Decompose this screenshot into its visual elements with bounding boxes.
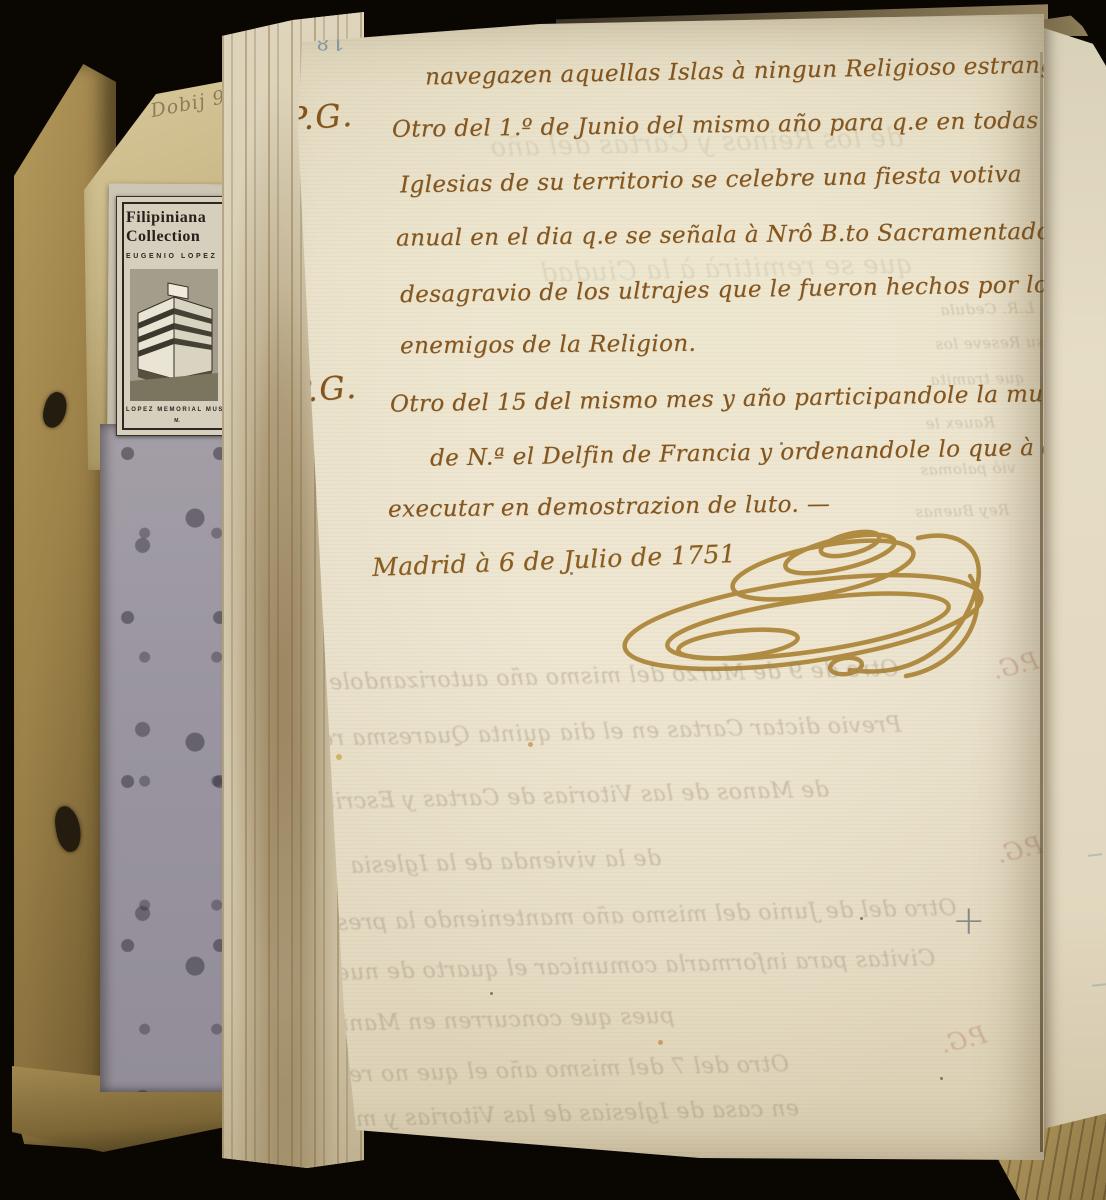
manuscript-line: anual en el dia q.e se señala à Nrô B.to… (396, 218, 1088, 251)
bleedthrough-line: de la vivienda de la Iglesia (350, 846, 662, 879)
bleedthrough-line: Otro del de Junio del mismo año mantenie… (285, 896, 957, 937)
museum-building-illustration (130, 269, 218, 401)
bookplate: Filipiniana Collection EUGENIO LOPEZ LOP… (116, 196, 238, 436)
bleedthrough-fragment: su Reseve los (935, 333, 1044, 354)
manuscript-line: Otro del 15 del mismo mes y año particip… (390, 380, 1093, 417)
next-page-edge (1044, 18, 1106, 1152)
bleedthrough-line: en casa de Iglesias de las Vitorias y ma… (330, 1096, 799, 1132)
bookplate-title-2: Collection (126, 228, 200, 246)
foxing-speck (570, 572, 573, 575)
bleedthrough-line: Otro del 7 del mismo año el que no recib… (300, 1052, 789, 1089)
bleedthrough-dash (1092, 983, 1106, 986)
bleedthrough-margin-mark: P.G. (937, 1021, 989, 1060)
manuscript-line: Otro del 1.º de Junio del mismo año para… (392, 107, 1081, 143)
foxing-speck (940, 1077, 943, 1080)
bleedthrough-line: Civitas para informarla comunicar el qua… (290, 946, 936, 987)
marbled-pastedown (100, 424, 238, 1092)
ink-stain (658, 1040, 663, 1045)
bookplate-sub-label: M. (174, 418, 180, 424)
photograph-of-manuscript-book: Dobij 9v Filipiniana Collection EUGENIO … (0, 0, 1106, 1200)
manuscript-line: navegazen aquellas Islas à ningun Religi… (425, 52, 1095, 91)
ink-stain (528, 742, 533, 747)
bookplate-owner: EUGENIO LOPEZ (126, 253, 217, 260)
manuscript-page: 18 de los Reinos y Cartas del año que se… (240, 12, 1044, 1168)
bleedthrough-fragment: L.R. Cedula (940, 299, 1035, 319)
foxing-speck (780, 442, 783, 445)
bookplate-title-1: Filipiniana (126, 209, 206, 227)
bleedthrough-line: pues que concurren en Manila (320, 1004, 675, 1038)
bleedthrough-margin-mark: P.G. (993, 831, 1045, 870)
manuscript-line: enemigos de la Religion. (400, 331, 696, 360)
bleedthrough-line: de Manos de las Vitorias de Cartas y Esc… (300, 778, 829, 816)
ink-stain (336, 754, 342, 760)
pencil-cross-mark: + (952, 898, 986, 944)
bleedthrough-fragment: Rauex le (925, 413, 995, 433)
foxing-speck (490, 992, 493, 995)
bleedthrough-line: Previo dictar Cartas en el dia quinta Qu… (290, 713, 902, 753)
bleedthrough-dash (1088, 853, 1102, 856)
manuscript-line: Iglesias de su territorio se celebre una… (400, 162, 1022, 199)
page-crease (1040, 52, 1043, 1152)
foxing-speck (860, 917, 863, 920)
